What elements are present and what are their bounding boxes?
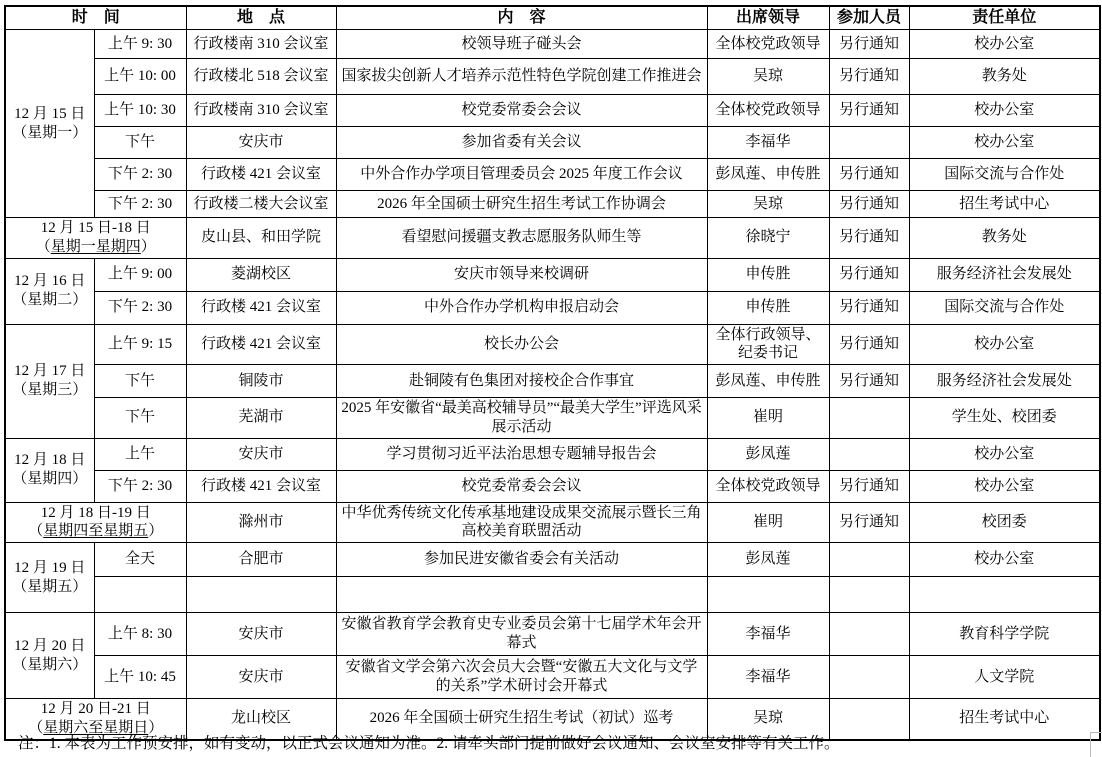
content-cell: 安庆市领导来校调研 (336, 258, 707, 291)
location-cell (186, 577, 336, 613)
location-cell: 行政楼 421 会议室 (186, 291, 336, 324)
leaders-cell: 彭凤莲、申传胜 (707, 365, 829, 398)
content-cell: 国家拔尖创新人才培养示范性特色学院创建工作推进会 (336, 59, 707, 95)
schedule-row: 下午 2: 30行政楼 421 会议室校党委常委会会议全体校党政领导另行通知校办… (5, 470, 1100, 502)
location-cell: 行政楼南 310 会议室 (186, 30, 336, 59)
weekday-line: （星期五） (7, 578, 93, 597)
unit-cell: 校团委 (909, 502, 1100, 543)
unit-cell: 教育科学学院 (909, 613, 1100, 656)
content-cell: 安徽省文学会第六次会员大会暨“安徽五大文化与文学的关系”学术研讨会开幕式 (336, 656, 707, 699)
content-cell (336, 577, 707, 613)
time-cell: 下午 (94, 398, 186, 439)
unit-cell: 招生考试中心 (909, 699, 1100, 740)
participants-cell (829, 577, 909, 613)
location-cell: 行政楼南 310 会议室 (186, 95, 336, 127)
participants-cell (829, 656, 909, 699)
leaders-cell: 崔明 (707, 502, 829, 543)
unit-cell: 人文学院 (909, 656, 1100, 699)
leaders-cell: 吴琼 (707, 191, 829, 218)
unit-cell: 服务经济社会发展处 (909, 365, 1100, 398)
schedule-row: 12 月 19 日（星期五）全天合肥市参加民进安徽省委会有关活动彭凤莲校办公室 (5, 543, 1100, 577)
leaders-cell: 李福华 (707, 656, 829, 699)
header-row: 时 间 地 点 内 容 出席领导 参加人员 责任单位 (5, 6, 1100, 30)
time-cell: 上午 8: 30 (94, 613, 186, 656)
location-cell: 芜湖市 (186, 398, 336, 439)
location-cell: 安庆市 (186, 613, 336, 656)
leaders-cell: 彭凤莲、申传胜 (707, 159, 829, 191)
leaders-cell: 申传胜 (707, 291, 829, 324)
unit-cell: 校办公室 (909, 127, 1100, 159)
date-cell: 12 月 15 日（星期一） (5, 30, 94, 218)
unit-cell: 学生处、校团委 (909, 398, 1100, 439)
leaders-cell: 吴琼 (707, 59, 829, 95)
schedule-row (5, 577, 1100, 613)
date-line: 12 月 15 日-18 日 (7, 219, 185, 238)
time-cell: 上午 (94, 438, 186, 470)
content-cell: 2026 年全国硕士研究生招生考试工作协调会 (336, 191, 707, 218)
time-cell: 上午 10: 45 (94, 656, 186, 699)
participants-cell (829, 398, 909, 439)
leaders-cell: 徐晓宁 (707, 218, 829, 259)
content-cell: 校党委常委会会议 (336, 95, 707, 127)
unit-cell: 教务处 (909, 59, 1100, 95)
unit-cell: 校办公室 (909, 438, 1100, 470)
time-cell: 下午 (94, 127, 186, 159)
time-cell: 下午 2: 30 (94, 191, 186, 218)
unit-cell: 国际交流与合作处 (909, 159, 1100, 191)
col-header-content: 内 容 (336, 6, 707, 30)
schedule-row: 下午 2: 30行政楼 421 会议室中外合作办学项目管理委员会 2025 年度… (5, 159, 1100, 191)
location-cell: 铜陵市 (186, 365, 336, 398)
schedule-row: 下午芜湖市2025 年安徽省“最美高校辅导员”“最美大学生”评选风采展示活动崔明… (5, 398, 1100, 439)
weekday-line: （星期二） (7, 291, 93, 310)
unit-cell: 国际交流与合作处 (909, 291, 1100, 324)
date-line: 12 月 15 日 (7, 105, 93, 124)
participants-cell: 另行通知 (829, 30, 909, 59)
leaders-cell: 李福华 (707, 613, 829, 656)
weekday-line: （星期四） (7, 470, 93, 489)
date-line: 12 月 20 日 (7, 637, 93, 656)
work-schedule-table: 时 间 地 点 内 容 出席领导 参加人员 责任单位 12 月 15 日（星期一… (4, 5, 1101, 741)
date-line: 12 月 17 日 (7, 362, 93, 381)
schedule-row: 12 月 16 日（星期二）上午 9: 00菱湖校区安庆市领导来校调研申传胜另行… (5, 258, 1100, 291)
time-cell: 上午 10: 30 (94, 95, 186, 127)
participants-cell: 另行通知 (829, 502, 909, 543)
col-header-time: 时 间 (5, 6, 186, 30)
schedule-body: 12 月 15 日（星期一）上午 9: 30行政楼南 310 会议室校领导班子碰… (5, 30, 1100, 740)
col-header-leaders: 出席领导 (707, 6, 829, 30)
participants-cell: 另行通知 (829, 365, 909, 398)
participants-cell: 另行通知 (829, 59, 909, 95)
page-edge-artifact (1090, 732, 1102, 757)
location-cell: 行政楼二楼大会议室 (186, 191, 336, 218)
content-cell: 安徽省教育学会教育史专业委员会第十七届学术年会开幕式 (336, 613, 707, 656)
schedule-row: 下午 2: 30行政楼二楼大会议室2026 年全国硕士研究生招生考试工作协调会吴… (5, 191, 1100, 218)
time-cell: 上午 9: 30 (94, 30, 186, 59)
schedule-row: 12 月 15 日-18 日（星期一星期四）皮山县、和田学院看望慰问援疆支教志愿… (5, 218, 1100, 259)
unit-cell: 教务处 (909, 218, 1100, 259)
weekday-line: （星期一星期四） (7, 238, 185, 257)
time-cell: 下午 2: 30 (94, 291, 186, 324)
date-cell: 12 月 18 日-19 日（星期四至星期五） (5, 502, 186, 543)
location-cell: 滁州市 (186, 502, 336, 543)
participants-cell: 另行通知 (829, 291, 909, 324)
date-line: 12 月 16 日 (7, 272, 93, 291)
time-cell: 上午 10: 00 (94, 59, 186, 95)
time-cell: 下午 2: 30 (94, 470, 186, 502)
location-cell: 皮山县、和田学院 (186, 218, 336, 259)
unit-cell: 招生考试中心 (909, 191, 1100, 218)
schedule-row: 上午 10: 30行政楼南 310 会议室校党委常委会会议全体校党政领导另行通知… (5, 95, 1100, 127)
date-line: 12 月 18 日-19 日 (7, 504, 185, 523)
content-cell: 赴铜陵有色集团对接校企合作事宜 (336, 365, 707, 398)
content-cell: 校长办公会 (336, 324, 707, 365)
content-cell: 参加民进安徽省委会有关活动 (336, 543, 707, 577)
weekday-line: （星期六） (7, 656, 93, 675)
location-cell: 安庆市 (186, 127, 336, 159)
participants-cell: 另行通知 (829, 191, 909, 218)
content-cell: 学习贯彻习近平法治思想专题辅导报告会 (336, 438, 707, 470)
weekday-line: （星期三） (7, 381, 93, 400)
location-cell: 行政楼 421 会议室 (186, 159, 336, 191)
leaders-cell: 彭凤莲 (707, 543, 829, 577)
location-cell: 合肥市 (186, 543, 336, 577)
participants-cell: 另行通知 (829, 258, 909, 291)
weekday-line: （星期一） (7, 124, 93, 143)
leaders-cell: 全体校党政领导 (707, 470, 829, 502)
participants-cell: 另行通知 (829, 470, 909, 502)
time-cell: 上午 9: 15 (94, 324, 186, 365)
date-line: 12 月 18 日 (7, 451, 93, 470)
schedule-row: 12 月 18 日-19 日（星期四至星期五）滁州市中华优秀传统文化传承基地建设… (5, 502, 1100, 543)
schedule-row: 上午 10: 00行政楼北 518 会议室国家拔尖创新人才培养示范性特色学院创建… (5, 59, 1100, 95)
leaders-cell: 全体校党政领导 (707, 95, 829, 127)
date-cell: 12 月 15 日-18 日（星期一星期四） (5, 218, 186, 259)
schedule-row: 下午 2: 30行政楼 421 会议室中外合作办学机构申报启动会申传胜另行通知国… (5, 291, 1100, 324)
time-cell: 下午 (94, 365, 186, 398)
col-header-location: 地 点 (186, 6, 336, 30)
unit-cell: 校办公室 (909, 324, 1100, 365)
location-cell: 行政楼 421 会议室 (186, 324, 336, 365)
time-cell: 下午 2: 30 (94, 159, 186, 191)
schedule-row: 12 月 15 日（星期一）上午 9: 30行政楼南 310 会议室校领导班子碰… (5, 30, 1100, 59)
schedule-row: 上午 10: 45安庆市安徽省文学会第六次会员大会暨“安徽五大文化与文学的关系”… (5, 656, 1100, 699)
date-cell: 12 月 17 日（星期三） (5, 324, 94, 438)
date-cell: 12 月 16 日（星期二） (5, 258, 94, 324)
content-cell: 校领导班子碰头会 (336, 30, 707, 59)
unit-cell: 校办公室 (909, 95, 1100, 127)
participants-cell: 另行通知 (829, 95, 909, 127)
content-cell: 中华优秀传统文化传承基地建设成果交流展示暨长三角高校美育联盟活动 (336, 502, 707, 543)
participants-cell (829, 127, 909, 159)
schedule-row: 下午铜陵市赴铜陵有色集团对接校企合作事宜彭凤莲、申传胜另行通知服务经济社会发展处 (5, 365, 1100, 398)
unit-cell: 服务经济社会发展处 (909, 258, 1100, 291)
unit-cell: 校办公室 (909, 30, 1100, 59)
content-cell: 参加省委有关会议 (336, 127, 707, 159)
schedule-row: 12 月 20 日（星期六）上午 8: 30安庆市安徽省教育学会教育史专业委员会… (5, 613, 1100, 656)
leaders-cell: 申传胜 (707, 258, 829, 291)
unit-cell: 校办公室 (909, 470, 1100, 502)
content-cell: 2025 年安徽省“最美高校辅导员”“最美大学生”评选风采展示活动 (336, 398, 707, 439)
date-cell: 12 月 18 日（星期四） (5, 438, 94, 502)
participants-cell (829, 438, 909, 470)
schedule-row: 12 月 18 日（星期四）上午安庆市学习贯彻习近平法治思想专题辅导报告会彭凤莲… (5, 438, 1100, 470)
time-cell (94, 577, 186, 613)
participants-cell: 另行通知 (829, 218, 909, 259)
leaders-cell: 李福华 (707, 127, 829, 159)
date-cell: 12 月 20 日（星期六） (5, 613, 94, 699)
content-cell: 校党委常委会会议 (336, 470, 707, 502)
leaders-cell: 崔明 (707, 398, 829, 439)
time-cell: 全天 (94, 543, 186, 577)
content-cell: 中外合作办学机构申报启动会 (336, 291, 707, 324)
unit-cell (909, 577, 1100, 613)
leaders-cell (707, 577, 829, 613)
participants-cell (829, 699, 909, 740)
participants-cell: 另行通知 (829, 159, 909, 191)
location-cell: 行政楼北 518 会议室 (186, 59, 336, 95)
location-cell: 安庆市 (186, 438, 336, 470)
participants-cell (829, 543, 909, 577)
leaders-cell: 彭凤莲 (707, 438, 829, 470)
location-cell: 安庆市 (186, 656, 336, 699)
participants-cell (829, 613, 909, 656)
schedule-row: 12 月 17 日（星期三）上午 9: 15行政楼 421 会议室校长办公会全体… (5, 324, 1100, 365)
time-cell: 上午 9: 00 (94, 258, 186, 291)
date-line: 12 月 20 日-21 日 (7, 700, 185, 719)
participants-cell: 另行通知 (829, 324, 909, 365)
content-cell: 中外合作办学项目管理委员会 2025 年度工作会议 (336, 159, 707, 191)
leaders-cell: 全体校党政领导 (707, 30, 829, 59)
footnote-text: 注：1. 本表为工作预安排，如有变动，以正式会议通知为准。2. 请牵头部门提前做… (18, 731, 840, 753)
schedule-row: 下午安庆市参加省委有关会议李福华校办公室 (5, 127, 1100, 159)
location-cell: 行政楼 421 会议室 (186, 470, 336, 502)
col-header-participants: 参加人员 (829, 6, 909, 30)
leaders-cell: 全体行政领导、纪委书记 (707, 324, 829, 365)
location-cell: 菱湖校区 (186, 258, 336, 291)
date-line: 12 月 19 日 (7, 559, 93, 578)
content-cell: 看望慰问援疆支教志愿服务队师生等 (336, 218, 707, 259)
date-cell: 12 月 19 日（星期五） (5, 543, 94, 613)
weekday-line: （星期四至星期五） (7, 522, 185, 541)
unit-cell: 校办公室 (909, 543, 1100, 577)
col-header-unit: 责任单位 (909, 6, 1100, 30)
